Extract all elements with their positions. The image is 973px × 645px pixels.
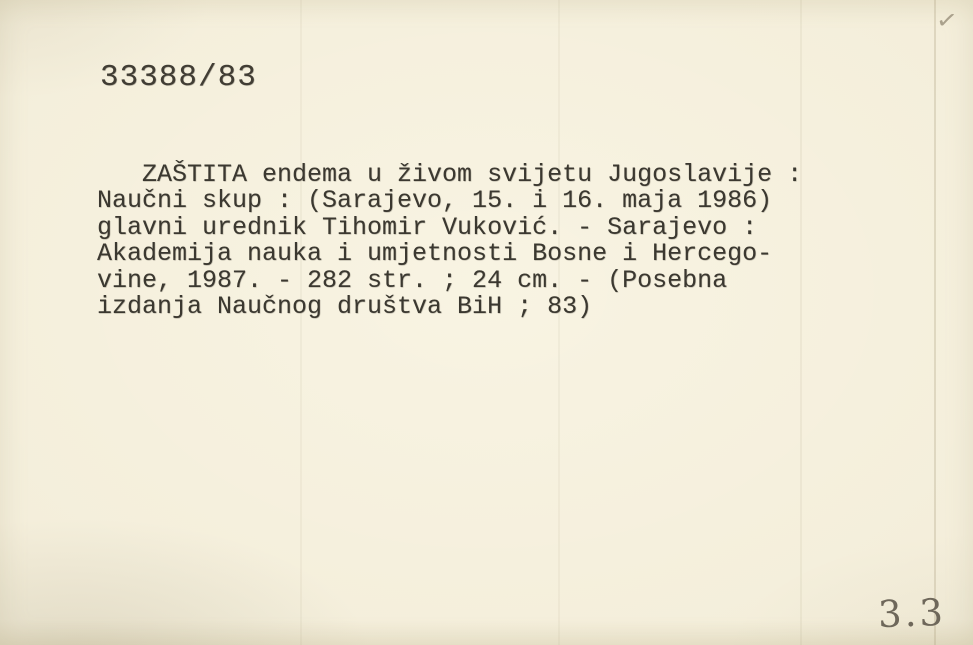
entry-line-title: ZAŠTITA endema u živom svijetu Jugoslavi…: [97, 162, 857, 188]
paper-seam: [300, 0, 302, 645]
call-number: 33388/83: [100, 60, 257, 95]
entry-line-collation: vine, 1987. - 282 str. ; 24 cm. - (Poseb…: [97, 268, 857, 294]
entry-line-publisher: Akademija nauka i umjetnosti Bosne i Her…: [97, 241, 857, 267]
handwritten-classification-number: 3.3: [877, 591, 946, 636]
paper-seam: [800, 0, 802, 645]
pencil-checkmark-icon: ✓: [935, 6, 959, 35]
entry-line-conference: Naučni skup : (Sarajevo, 15. i 16. maja …: [97, 188, 857, 214]
entry-line-editor: glavni urednik Tihomir Vuković. - Saraje…: [97, 215, 857, 241]
catalog-entry: ZAŠTITA endema u živom svijetu Jugoslavi…: [97, 162, 857, 320]
entry-line-series: izdanja Naučnog društva BiH ; 83): [97, 294, 857, 320]
paper-crease-line: [934, 0, 936, 645]
paper-seam: [558, 0, 560, 645]
catalog-card: 33388/83 ✓ ZAŠTITA endema u živom svijet…: [0, 0, 973, 645]
